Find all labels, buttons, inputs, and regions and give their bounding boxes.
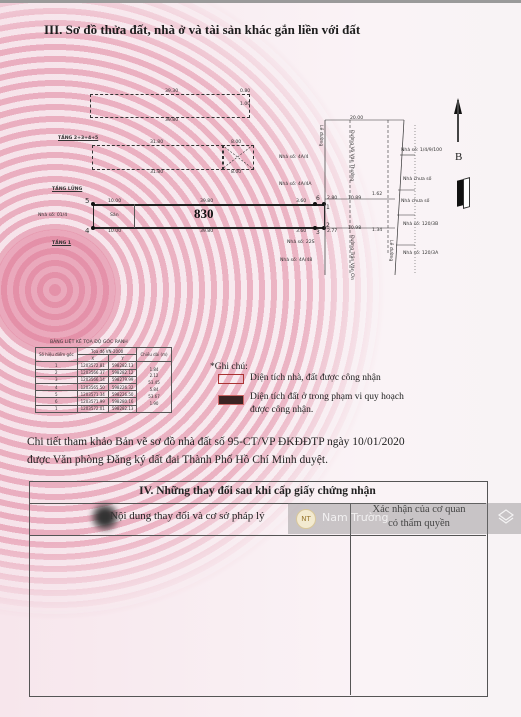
table-cell: 4 [36, 383, 78, 390]
road-name-1: Đường Võ Văn Thưởng [349, 130, 354, 181]
dim-label: 1.34 [372, 228, 382, 233]
top-border [0, 0, 521, 3]
row-divider [29, 535, 486, 536]
dim-label: 31.80 [150, 140, 163, 145]
floor-label-mezzanine: TẦNG LỬNG [52, 187, 82, 192]
yard-label: Sân [110, 213, 119, 218]
table-cell: 1203572.01 [77, 405, 108, 412]
dim-label: 10.89 [348, 196, 361, 201]
neighbor-label: Nhà số: 4A/48 [280, 258, 312, 263]
table-cell: 6 [36, 398, 78, 405]
dim-label: 3.60 [296, 229, 306, 234]
legend-text-2b: được công nhận. [250, 405, 313, 415]
col-y: Y [108, 355, 137, 362]
col-system: Tọa độ VN-2000 [77, 348, 137, 355]
col-point: Số hiệu điểm góc [36, 348, 78, 362]
table-cell: 1203571.99 [77, 398, 108, 405]
table-cell: 598226.50 [108, 391, 137, 398]
table-row: 11203572.81598282.131.842.1253.455.8453.… [36, 362, 172, 369]
table-cell: 1203566.14 [77, 376, 108, 383]
neighbor-label: Nhà số: 120/3A [403, 251, 438, 256]
table-cell: 598282.13 [108, 362, 137, 369]
lengths-cell: 1.842.1253.455.8453.671.90 [137, 362, 171, 412]
dim-label: 39.80 [165, 118, 178, 123]
neighbor-label: Nhà chưa số [401, 199, 429, 204]
legend-text-2: Diện tích đất ở trong phạm vi quy hoạch [250, 392, 404, 402]
changes-table-header: IV. Những thay đổi sau khi cấp giấy chứn… [29, 481, 486, 504]
plot-edge-left [93, 204, 94, 228]
corner-point [91, 226, 95, 230]
dim-label: 39.80 [200, 199, 213, 204]
road-name-2: Đường Trần Văn Ơn [349, 235, 354, 280]
void-cross-icon [222, 145, 253, 169]
table-cell: 598282.12 [108, 369, 137, 376]
coord-table-title: BẢNG LIỆT KÊ TỌA ĐỘ GÓC RANH [50, 340, 128, 345]
col-length: Chiều dài (m) [137, 348, 171, 362]
table-cell: 3 [36, 376, 78, 383]
neighbor-label: Nhà số: 4A/4 [279, 155, 308, 160]
dim-label: 1.62 [372, 192, 382, 197]
table-cell: 1203565.50 [77, 383, 108, 390]
dim-label: 8.00 [231, 170, 241, 175]
dim-label: 10.98 [348, 226, 361, 231]
table-cell: 598282.13 [108, 405, 137, 412]
floor-label-2345: TẦNG 2+3+4+5 [58, 136, 98, 141]
corner-label-4: 4 [85, 227, 89, 235]
roof-outline [90, 94, 250, 118]
table-cell: 598226.32 [108, 383, 137, 390]
dim-label: 10.00 [108, 199, 121, 204]
layers-icon[interactable] [497, 508, 515, 526]
table-cell: 5 [36, 391, 78, 398]
reference-line-2: được Văn phòng Đăng ký dất đai Thành Phố… [27, 451, 507, 469]
dim-label: 20.00 [350, 116, 363, 121]
column-header-content: Nội dung thay đổi và cơ sở pháp lý [110, 510, 265, 522]
neighbor-label: Nhà số: 22S [287, 240, 315, 245]
legend-text-1: Diện tích nhà, đất được công nhận [250, 373, 381, 383]
neighbor-label: Nhà chưa số [403, 177, 431, 182]
reference-paragraph: Chi tiết tham khảo Bản vẽ sơ đồ nhà đất … [27, 433, 507, 469]
col-x: X [77, 355, 108, 362]
dim-label: 1.00 [240, 102, 250, 107]
section-4-title: IV. Những thay đổi sau khi cấp giấy chứn… [29, 485, 486, 497]
corner-label-5: 5 [85, 197, 89, 205]
reference-line-1: Chi tiết tham khảo Bản vẽ sơ đồ nhà đất … [27, 433, 507, 451]
table-cell: 1 [36, 362, 78, 369]
floor-label-ground: TẦNG 1 [52, 241, 71, 246]
dim-label: 0.80 [240, 89, 250, 94]
table-cell: 598279.99 [108, 376, 137, 383]
table-cell: 1 [36, 405, 78, 412]
coord-table: Số hiệu điểm góc Tọa độ VN-2000 Chiều dà… [35, 347, 172, 413]
upper-floor-outline [92, 145, 224, 170]
table-cell: 1203566.37 [77, 369, 108, 376]
dim-label: 3.60 [296, 199, 306, 204]
legend-swatch-planning [218, 395, 244, 405]
table-cell: 2 [36, 369, 78, 376]
watermark-logo-icon: NT [296, 509, 316, 529]
sidewalk-label-1: Lề đường [318, 125, 323, 146]
dim-label: 39.80 [200, 229, 213, 234]
corner-point [91, 202, 95, 206]
neighbor-label: Nhà số: 120/3B [403, 222, 438, 227]
neighbor-label: Nhà số: 1/4/9/100 [401, 148, 442, 153]
north-label: B [455, 151, 462, 163]
compass-icon-outline [463, 177, 470, 209]
section-3-title: III. Sơ đồ thửa đất, nhà ở và tài sản kh… [44, 22, 360, 38]
legend-swatch-recognized [218, 374, 244, 384]
table-cell: 598280.16 [108, 398, 137, 405]
dim-label: 8.00 [231, 140, 241, 145]
plot-number: 830 [194, 206, 214, 222]
neighbor-label: Nhà số: 4A/4A [279, 182, 312, 187]
north-arrow-shaft [457, 100, 459, 142]
notes-heading: *Ghi chú: [210, 362, 248, 372]
blurred-mark [90, 502, 120, 532]
dim-label: 31.80 [150, 170, 163, 175]
sidewalk-label-2: Lề đường [388, 240, 393, 261]
neighbor-left: Nhà số: 01/4 [38, 213, 67, 218]
dim-label: 10.00 [108, 229, 121, 234]
dim-label: 39.30 [165, 89, 178, 94]
table-cell: 1203571.34 [77, 391, 108, 398]
watermark-brand: Nam Trường [322, 511, 388, 524]
table-cell: 1203572.81 [77, 362, 108, 369]
yard-divider [134, 204, 135, 228]
